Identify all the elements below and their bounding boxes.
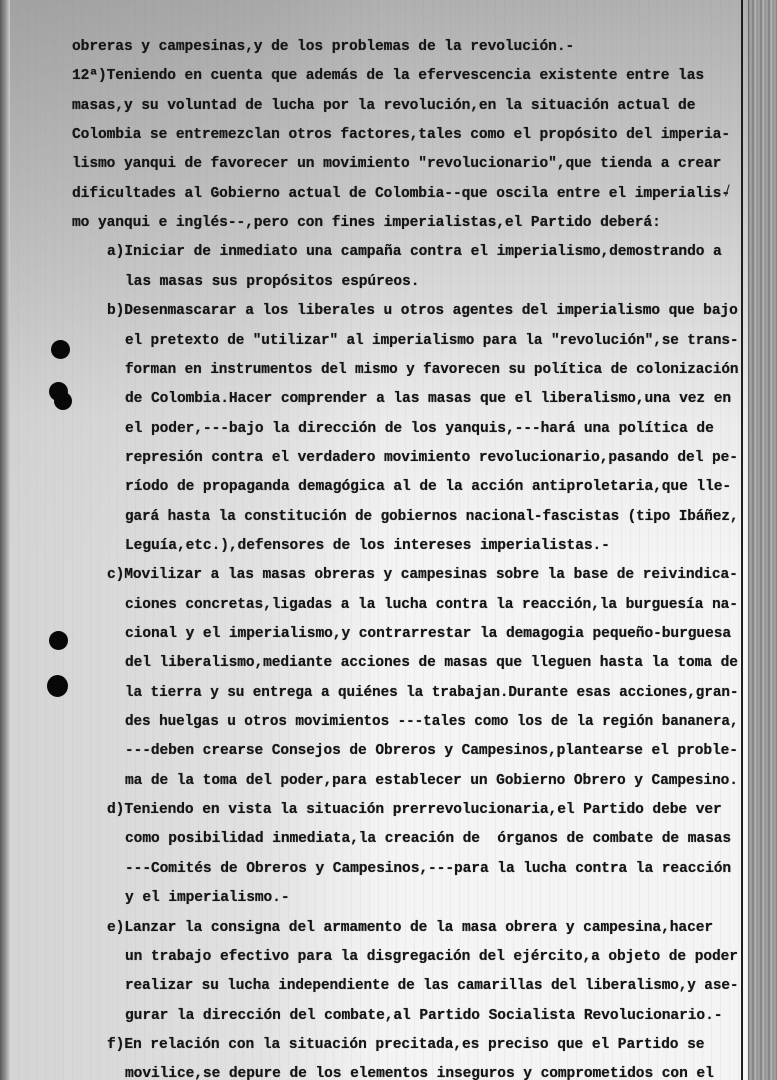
text-line: Colombia se entremezclan otros factores,… — [72, 126, 730, 144]
text-line: el poder,---bajo la dirección de los yan… — [125, 420, 714, 438]
text-line: des huelgas u otros movimientos ---tales… — [125, 713, 738, 731]
text-line: represión contra el verdadero movimiento… — [125, 449, 738, 467]
text-line: a)Iniciar de inmediato una campaña contr… — [107, 243, 722, 261]
text-line: f)En relación con la situación precitada… — [107, 1036, 704, 1054]
text-line: realizar su lucha independiente de las c… — [125, 977, 738, 995]
text-line: mo yanqui e inglés--,pero con fines impe… — [72, 214, 661, 232]
text-line: gurar la dirección del combate,al Partid… — [125, 1007, 722, 1025]
text-line: de Colombia.Hacer comprender a las masas… — [125, 390, 731, 408]
typewritten-text-body: obreras y campesinas,y de los problemas … — [0, 0, 777, 1080]
text-line: un trabajo efectivo para la disgregación… — [125, 948, 738, 966]
text-line: las masas sus propósitos espúreos. — [125, 273, 419, 291]
text-line: c)Movilizar a las masas obreras y campes… — [107, 566, 738, 584]
text-line: ciones concretas,ligadas a la lucha cont… — [125, 596, 738, 614]
text-line: lismo yanqui de favorecer un movimiento … — [72, 155, 721, 173]
margin-pencil-mark: / — [725, 183, 730, 199]
text-line: cional y el imperialismo,y contrarrestar… — [125, 625, 731, 643]
text-line: b)Desenmascarar a los liberales u otros … — [107, 302, 738, 320]
text-line: 12ª)Teniendo en cuenta que además de la … — [72, 67, 704, 85]
text-line: la tierra y su entrega a quiénes la trab… — [125, 684, 738, 702]
text-line: movilice,se depure de los elementos inse… — [125, 1065, 714, 1080]
text-line: ríodo de propaganda demagógica al de la … — [125, 478, 731, 496]
text-line: ---deben crearse Consejos de Obreros y C… — [125, 742, 738, 760]
text-line: y el imperialismo.- — [125, 889, 290, 907]
text-line: ma de la toma del poder,para establecer … — [125, 772, 738, 790]
text-line: masas,y su voluntad de lucha por la revo… — [72, 97, 695, 115]
text-line: del liberalismo,mediante acciones de mas… — [125, 654, 738, 672]
text-line: como posibilidad inmediata,la creación d… — [125, 830, 731, 848]
text-line: ---Comités de Obreros y Campesinos,---pa… — [125, 860, 731, 878]
text-line: el pretexto de "utilizar" al imperialism… — [125, 332, 738, 350]
text-line: gará hasta la constitución de gobiernos … — [125, 508, 738, 526]
scanned-page: obreras y campesinas,y de los problemas … — [0, 0, 777, 1080]
text-line: forman en instrumentos del mismo y favor… — [125, 361, 738, 379]
text-line: dificultades al Gobierno actual de Colom… — [72, 185, 730, 203]
text-line: obreras y campesinas,y de los problemas … — [72, 38, 574, 56]
text-line: d)Teniendo en vista la situación prerrev… — [107, 801, 722, 819]
text-line: e)Lanzar la consigna del armamento de la… — [107, 919, 713, 937]
text-line: Leguía,etc.),defensores de los intereses… — [125, 537, 610, 555]
